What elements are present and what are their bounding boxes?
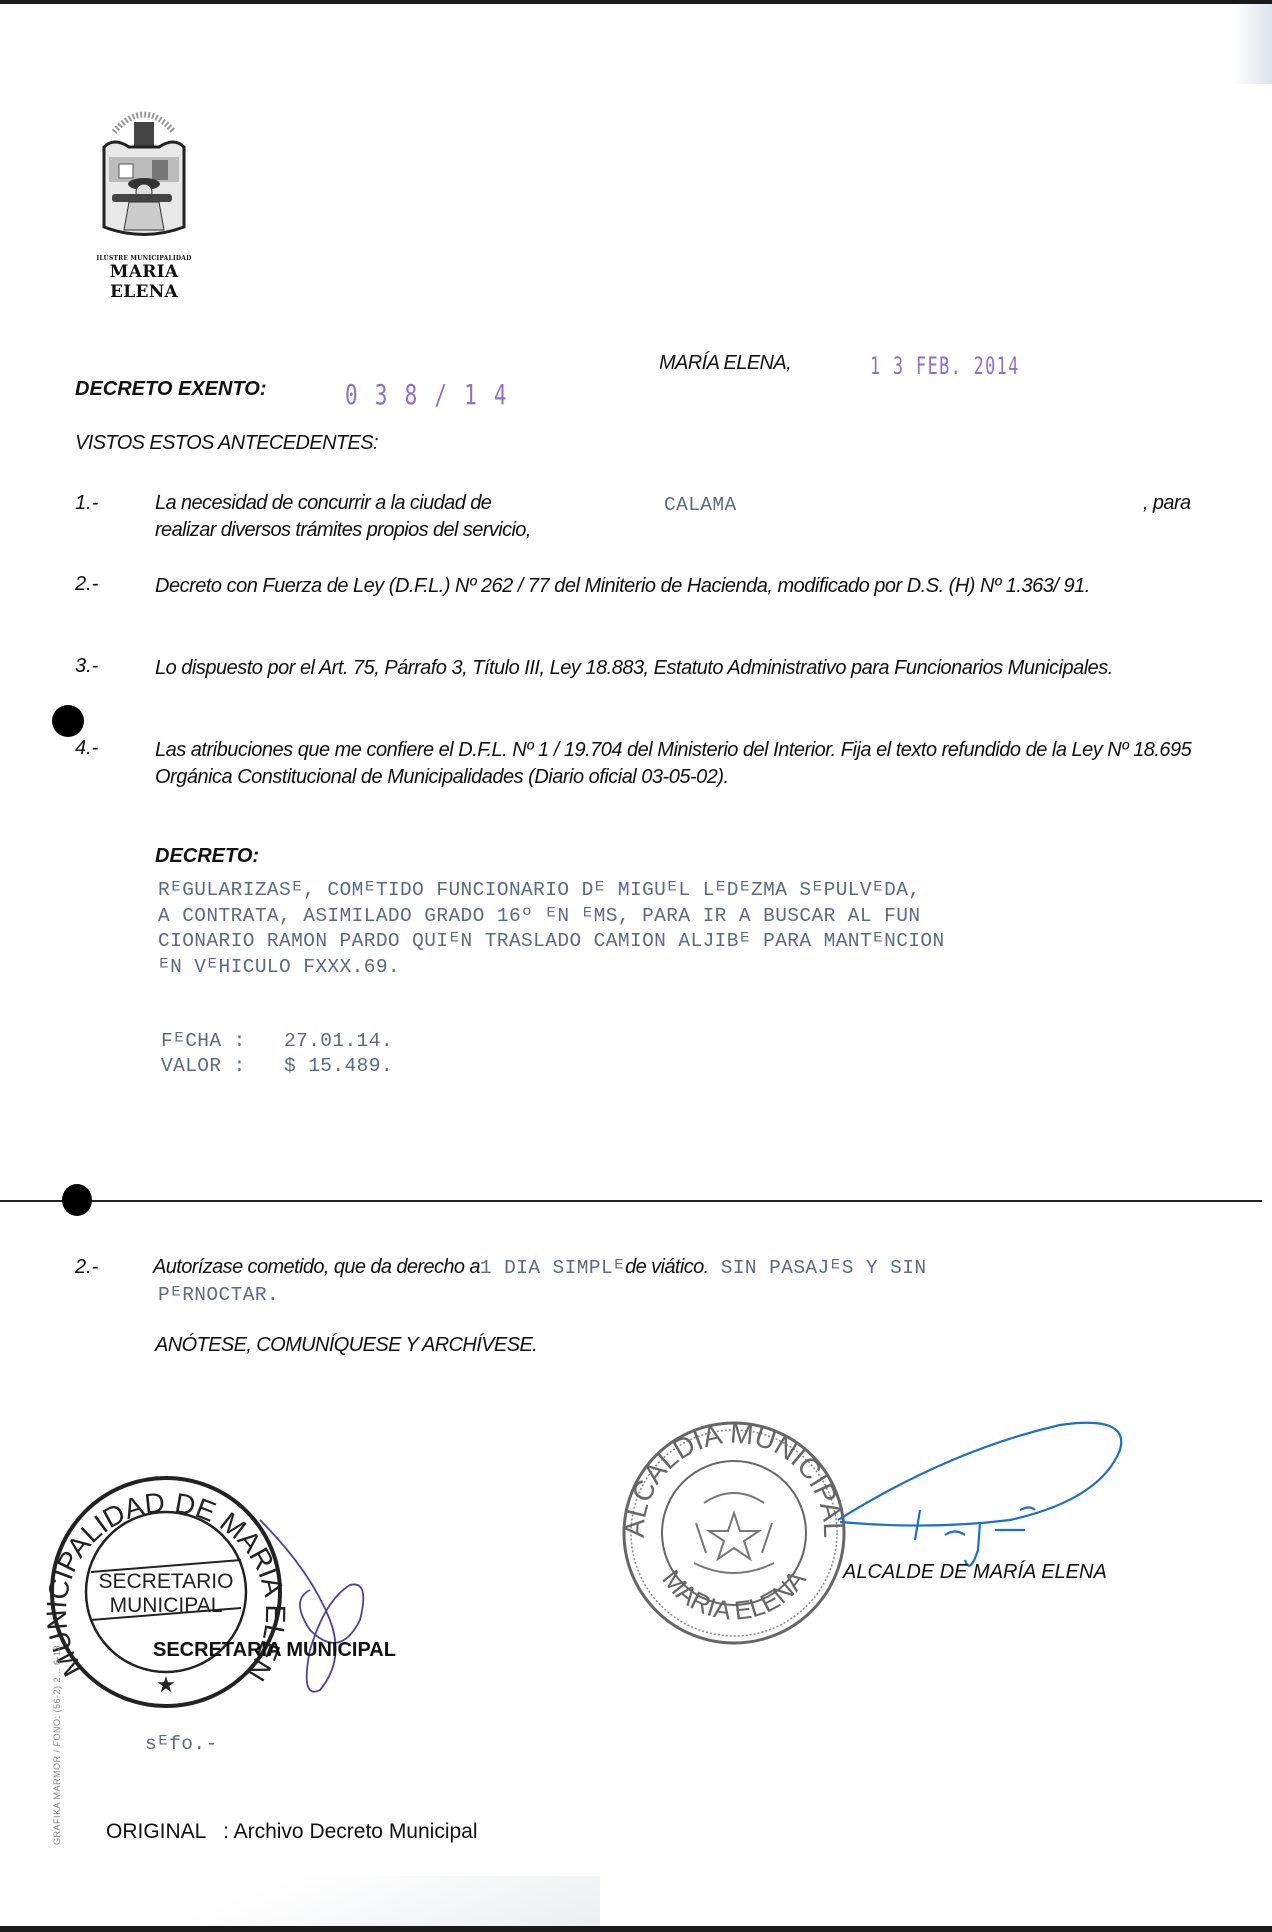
fecha-value: 27.01.14. bbox=[284, 1030, 393, 1052]
destination-city: CALAMA bbox=[664, 494, 737, 516]
item-number: 2.- bbox=[75, 573, 98, 596]
resolution-extra-2: PᴱRNOCTAR. bbox=[158, 1284, 279, 1306]
item-number: 3.- bbox=[75, 655, 98, 678]
resolution-line: Autorízase cometido, que da derecho a1 D… bbox=[153, 1256, 926, 1279]
logo-subtitle: ILUSTRE MUNICIPALIDAD bbox=[74, 255, 214, 262]
secretary-signature bbox=[250, 1510, 390, 1710]
item-1-text-2: realizar diversos trámites propios del s… bbox=[155, 519, 531, 542]
resolution-text: Autorízase cometido, que da derecho a bbox=[153, 1256, 480, 1278]
svg-text:MUNICIPAL: MUNICIPAL bbox=[110, 1594, 223, 1617]
mayor-title: ALCALDE DE MARÍA ELENA bbox=[843, 1561, 1107, 1584]
place-label: MARÍA ELENA, bbox=[659, 352, 791, 375]
distribution-note: ORIGINAL : Archivo Decreto Municipal bbox=[106, 1820, 478, 1844]
scan-edge-bottom bbox=[0, 1926, 1272, 1932]
date-stamp: 1 3 FEB. 2014 bbox=[870, 352, 1020, 380]
punch-hole bbox=[62, 1184, 92, 1216]
decreto-line: ᴱN VᴱHICULO FXXX.69. bbox=[158, 955, 945, 981]
decreto-heading: DECRETO: bbox=[155, 845, 259, 868]
printer-mark: GRAFIKA MARMOR / FONO: (56-2) 2... 6-13 bbox=[52, 1645, 62, 1845]
scan-shadow bbox=[1232, 4, 1272, 84]
decreto-line: CIONARIO RAMON PARDO QUIᴱN TRASLADO CAMI… bbox=[158, 929, 945, 955]
scan-shadow bbox=[0, 1876, 600, 1926]
initials: sᴱfo.- bbox=[145, 1733, 218, 1755]
svg-text:ALCALDIA MUNICIPAL: ALCALDIA MUNICIPAL bbox=[619, 1417, 850, 1538]
svg-text:★: ★ bbox=[156, 1673, 176, 1698]
decreto-line: RᴱGULARIZASᴱ, COMᴱTIDO FUNCIONARIO Dᴱ MI… bbox=[158, 878, 945, 904]
item-number: 2.- bbox=[75, 1256, 98, 1279]
scan-edge-top bbox=[0, 0, 1272, 4]
logo-title: MARIA ELENA bbox=[74, 262, 214, 302]
closing-formula: ANÓTESE, COMUNÍQUESE Y ARCHÍVESE. bbox=[155, 1334, 537, 1357]
valor-label: VALOR : bbox=[161, 1055, 246, 1077]
decree-label: DECRETO EXENTO: bbox=[75, 378, 267, 401]
valor-value: $ 15.489. bbox=[284, 1055, 393, 1077]
resolution-extra: SIN PASAJᴱS Y SIN bbox=[709, 1257, 927, 1279]
municipal-crest-icon bbox=[94, 102, 194, 242]
svg-text:SECRETARIO: SECRETARIO bbox=[99, 1570, 234, 1593]
resolution-text-2: de viático. bbox=[625, 1256, 708, 1278]
secretary-title: SECRETARIA MUNICIPAL bbox=[153, 1639, 396, 1662]
item-1-end: , para bbox=[1143, 492, 1191, 515]
item-3-text: Lo dispuesto por el Art. 75, Párrafo 3, … bbox=[155, 655, 1205, 682]
item-number: 4.- bbox=[75, 737, 98, 760]
item-2-text: Decreto con Fuerza de Ley (D.F.L.) Nº 26… bbox=[155, 573, 1205, 600]
item-1-text: La necesidad de concurrir a la ciudad de bbox=[155, 492, 491, 515]
divider-line bbox=[0, 1200, 1262, 1202]
mayor-seal-icon: ALCALDIA MUNICIPAL MARIA ELENA bbox=[614, 1413, 854, 1653]
fecha-label: FᴱCHA : bbox=[161, 1030, 246, 1052]
item-number: 1.- bbox=[75, 492, 98, 515]
viatico-days: 1 DIA SIMPLᴱ bbox=[480, 1257, 625, 1279]
item-4-text: Las atribuciones que me confiere el D.F.… bbox=[155, 737, 1205, 791]
decreto-body: RᴱGULARIZASᴱ, COMᴱTIDO FUNCIONARIO Dᴱ MI… bbox=[158, 878, 945, 980]
decreto-line: A CONTRATA, ASIMILADO GRADO 16º ᴱN ᴱMS, … bbox=[158, 904, 945, 930]
decree-number-stamp: 0 3 8 / 1 4 bbox=[345, 378, 509, 411]
vistos-heading: VISTOS ESTOS ANTECEDENTES: bbox=[75, 432, 378, 455]
punch-hole bbox=[52, 705, 84, 737]
